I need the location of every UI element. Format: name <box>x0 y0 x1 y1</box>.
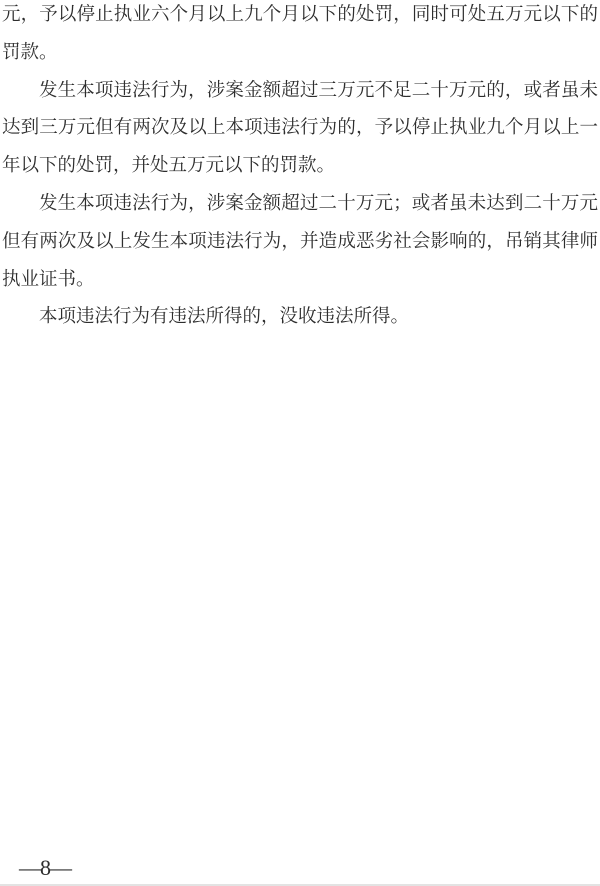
paragraph: 发生本项违法行为，涉案金额超过三万元不足二十万元的，或者虽未达到三万元但有两次及… <box>2 73 598 186</box>
document-page: 元，予以停止执业六个月以上九个月以下的处罚，同时可处五万元以下的罚款。 发生本项… <box>0 0 600 886</box>
page-number: —8— <box>19 856 71 880</box>
paragraph: 发生本项违法行为，涉案金额超过二十万元；或者虽未达到二十万元但有两次及以上发生本… <box>2 186 598 299</box>
body-text: 元，予以停止执业六个月以上九个月以下的处罚，同时可处五万元以下的罚款。 发生本项… <box>2 0 598 337</box>
paragraph: 本项违法行为有违法所得的，没收违法所得。 <box>2 299 598 337</box>
paragraph-continuation: 元，予以停止执业六个月以上九个月以下的处罚，同时可处五万元以下的罚款。 <box>2 0 598 73</box>
